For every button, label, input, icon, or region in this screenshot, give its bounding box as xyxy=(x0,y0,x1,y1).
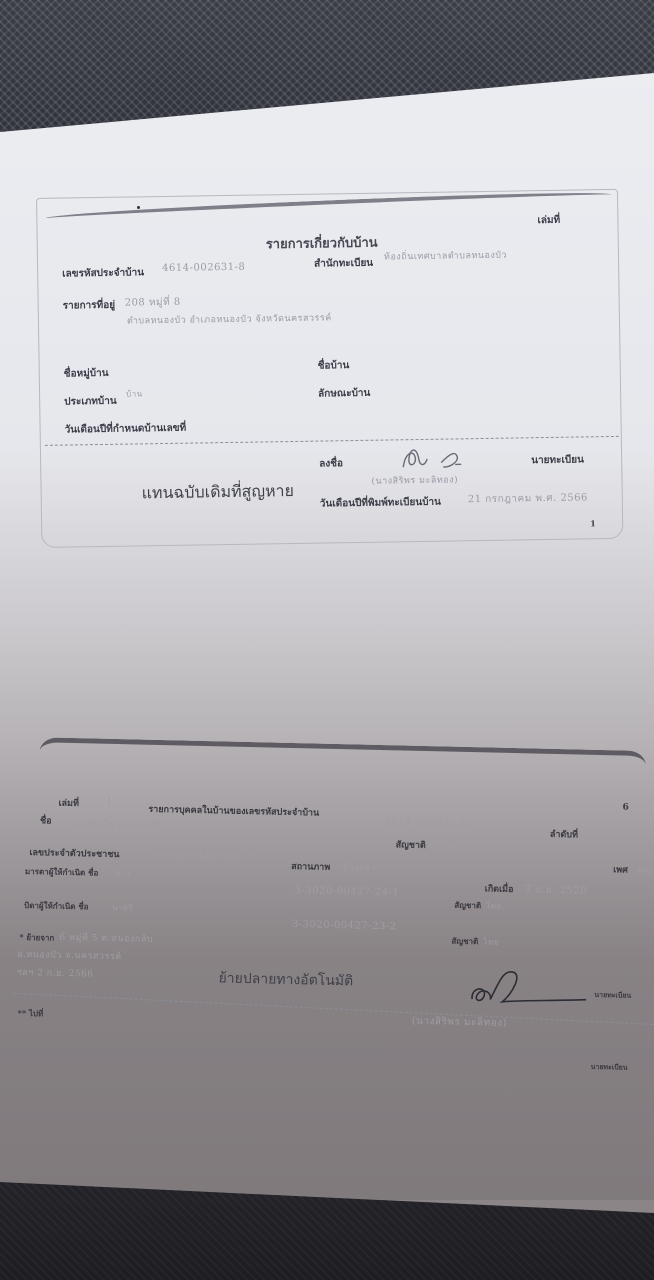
citizen-id-value: 3-3020-00427-24-3 xyxy=(147,850,252,863)
registry-office-value: ท้องถิ่นเทศบาลตำบลหนองบัว xyxy=(384,248,507,264)
registrar-signature-icon xyxy=(395,442,505,474)
moved-from-label: * ย้ายจาก xyxy=(19,931,54,945)
person-record-card: 6 เล่มที่ 1 รายการบุคคลในบ้านของเลขรหัสป… xyxy=(20,737,654,1111)
print-date-label: วันเดือนปีที่พิมพ์ทะเบียนบ้าน xyxy=(320,495,441,512)
book-label: เล่มที่ xyxy=(58,796,79,810)
assigned-date-label: วันเดือนปีที่กำหนดบ้านเลขที่ xyxy=(65,421,187,438)
registrar-name: (นางสิริพร มะลิทอง) xyxy=(371,472,458,487)
nationality-value: ไทย xyxy=(435,840,453,854)
house-code-value: 4614-002631-8 xyxy=(384,817,467,830)
mother-nationality-label: สัญชาติ xyxy=(454,899,481,913)
sex-value: หญิง xyxy=(637,863,654,877)
sequence-value: 5 xyxy=(592,830,598,840)
name-label: ชื่อ xyxy=(40,813,52,827)
house-info-title: รายการเกี่ยวกับบ้าน xyxy=(266,232,378,255)
book-value: 1 xyxy=(106,797,112,807)
registrar-label: นายทะเบียน xyxy=(531,452,584,468)
address-line-2: ตำบลหนองบัว อำเภอหนองบัว จังหวัดนครสวรรค… xyxy=(127,310,332,327)
house-code-value: 4614-002631-8 xyxy=(162,262,245,274)
moved-from-line-3: ฯลฯ 2 ก.ย. 2566 xyxy=(17,965,94,981)
nationality-label: สัญชาติ xyxy=(395,837,425,852)
village-name-label: ชื่อหมู่บ้าน xyxy=(64,366,109,382)
mother-name: นาง xyxy=(115,867,131,880)
replacement-note: แทนฉบับเดิมที่สูญหาย xyxy=(141,479,294,506)
house-style-label: ลักษณะบ้าน xyxy=(318,386,370,402)
status-value: ย้ายเข้า xyxy=(343,860,376,875)
book-label: เล่มที่ xyxy=(537,213,560,228)
house-info-card: เล่มที่ รายการเกี่ยวกับบ้าน เลขรหัสประจำ… xyxy=(36,189,623,548)
moved-to-label: ** ไปที่ xyxy=(18,1007,44,1021)
page-number: 1 xyxy=(590,518,596,528)
address-label: รายการที่อยู่ xyxy=(63,298,116,314)
registrar-name: (นางสิริพร มะลิทอง) xyxy=(411,1014,507,1031)
signed-label: ลงชื่อ xyxy=(319,456,343,471)
registrar-label-2: นายทะเบียน xyxy=(591,1062,628,1074)
person-record-title: รายการบุคคลในบ้านของเลขรหัสประจำบ้าน xyxy=(148,802,319,820)
address-line-1: 208 หมู่ที่ 8 xyxy=(125,295,181,311)
mother-label: มารดาผู้ให้กำเนิด ชื่อ xyxy=(25,865,99,880)
mother-nationality-value: ไทย xyxy=(486,899,502,912)
section-divider xyxy=(45,436,619,446)
registry-office-label: สำนักทะเบียน xyxy=(314,256,373,272)
house-name-label: ชื่อบ้าน xyxy=(318,358,350,373)
page-number: 6 xyxy=(622,803,628,813)
print-date-value: 21 กรกฎาคม พ.ศ. 2566 xyxy=(468,490,588,507)
house-type-label: ประเภทบ้าน xyxy=(64,394,117,410)
birth-label: เกิดเมื่อ xyxy=(485,881,514,896)
registrar-signature-icon xyxy=(468,963,589,1010)
moved-note: ย้ายปลายทางอัตโนมัติ xyxy=(218,967,353,992)
house-type-value: บ้าน xyxy=(126,387,143,400)
house-code-label: เลขรหัสประจำบ้าน xyxy=(62,265,144,281)
registrar-label: นายทะเบียน xyxy=(594,990,631,1002)
sex-label: เพศ xyxy=(613,862,628,876)
father-nationality-value: ไทย xyxy=(483,935,499,948)
moved-from-line-1: 6 หมู่ที่ 5 ต.หนองกลับ xyxy=(59,930,153,946)
father-label: บิดาผู้ให้กำเนิด ชื่อ xyxy=(24,899,89,913)
father-name: นายรี xyxy=(112,901,133,914)
sequence-label: ลำดับที่ xyxy=(550,827,578,842)
mother-id: 3-3020-00427-24-1 xyxy=(294,885,399,898)
birth-value: 7 ม.ย. 2520 xyxy=(524,882,587,898)
father-id: 3-3020-00427-23-2 xyxy=(292,919,397,932)
citizen-id-label: เลขประจำตัวประชาชน xyxy=(29,845,119,861)
status-label: สถานภาพ xyxy=(291,859,330,874)
moved-from-line-2: อ.หนองบัว จ.นครสวรรค์ xyxy=(17,947,122,963)
name-value: นางสมใจ หอมสมศรี xyxy=(74,816,161,832)
father-nationality-label: สัญชาติ xyxy=(451,935,478,949)
